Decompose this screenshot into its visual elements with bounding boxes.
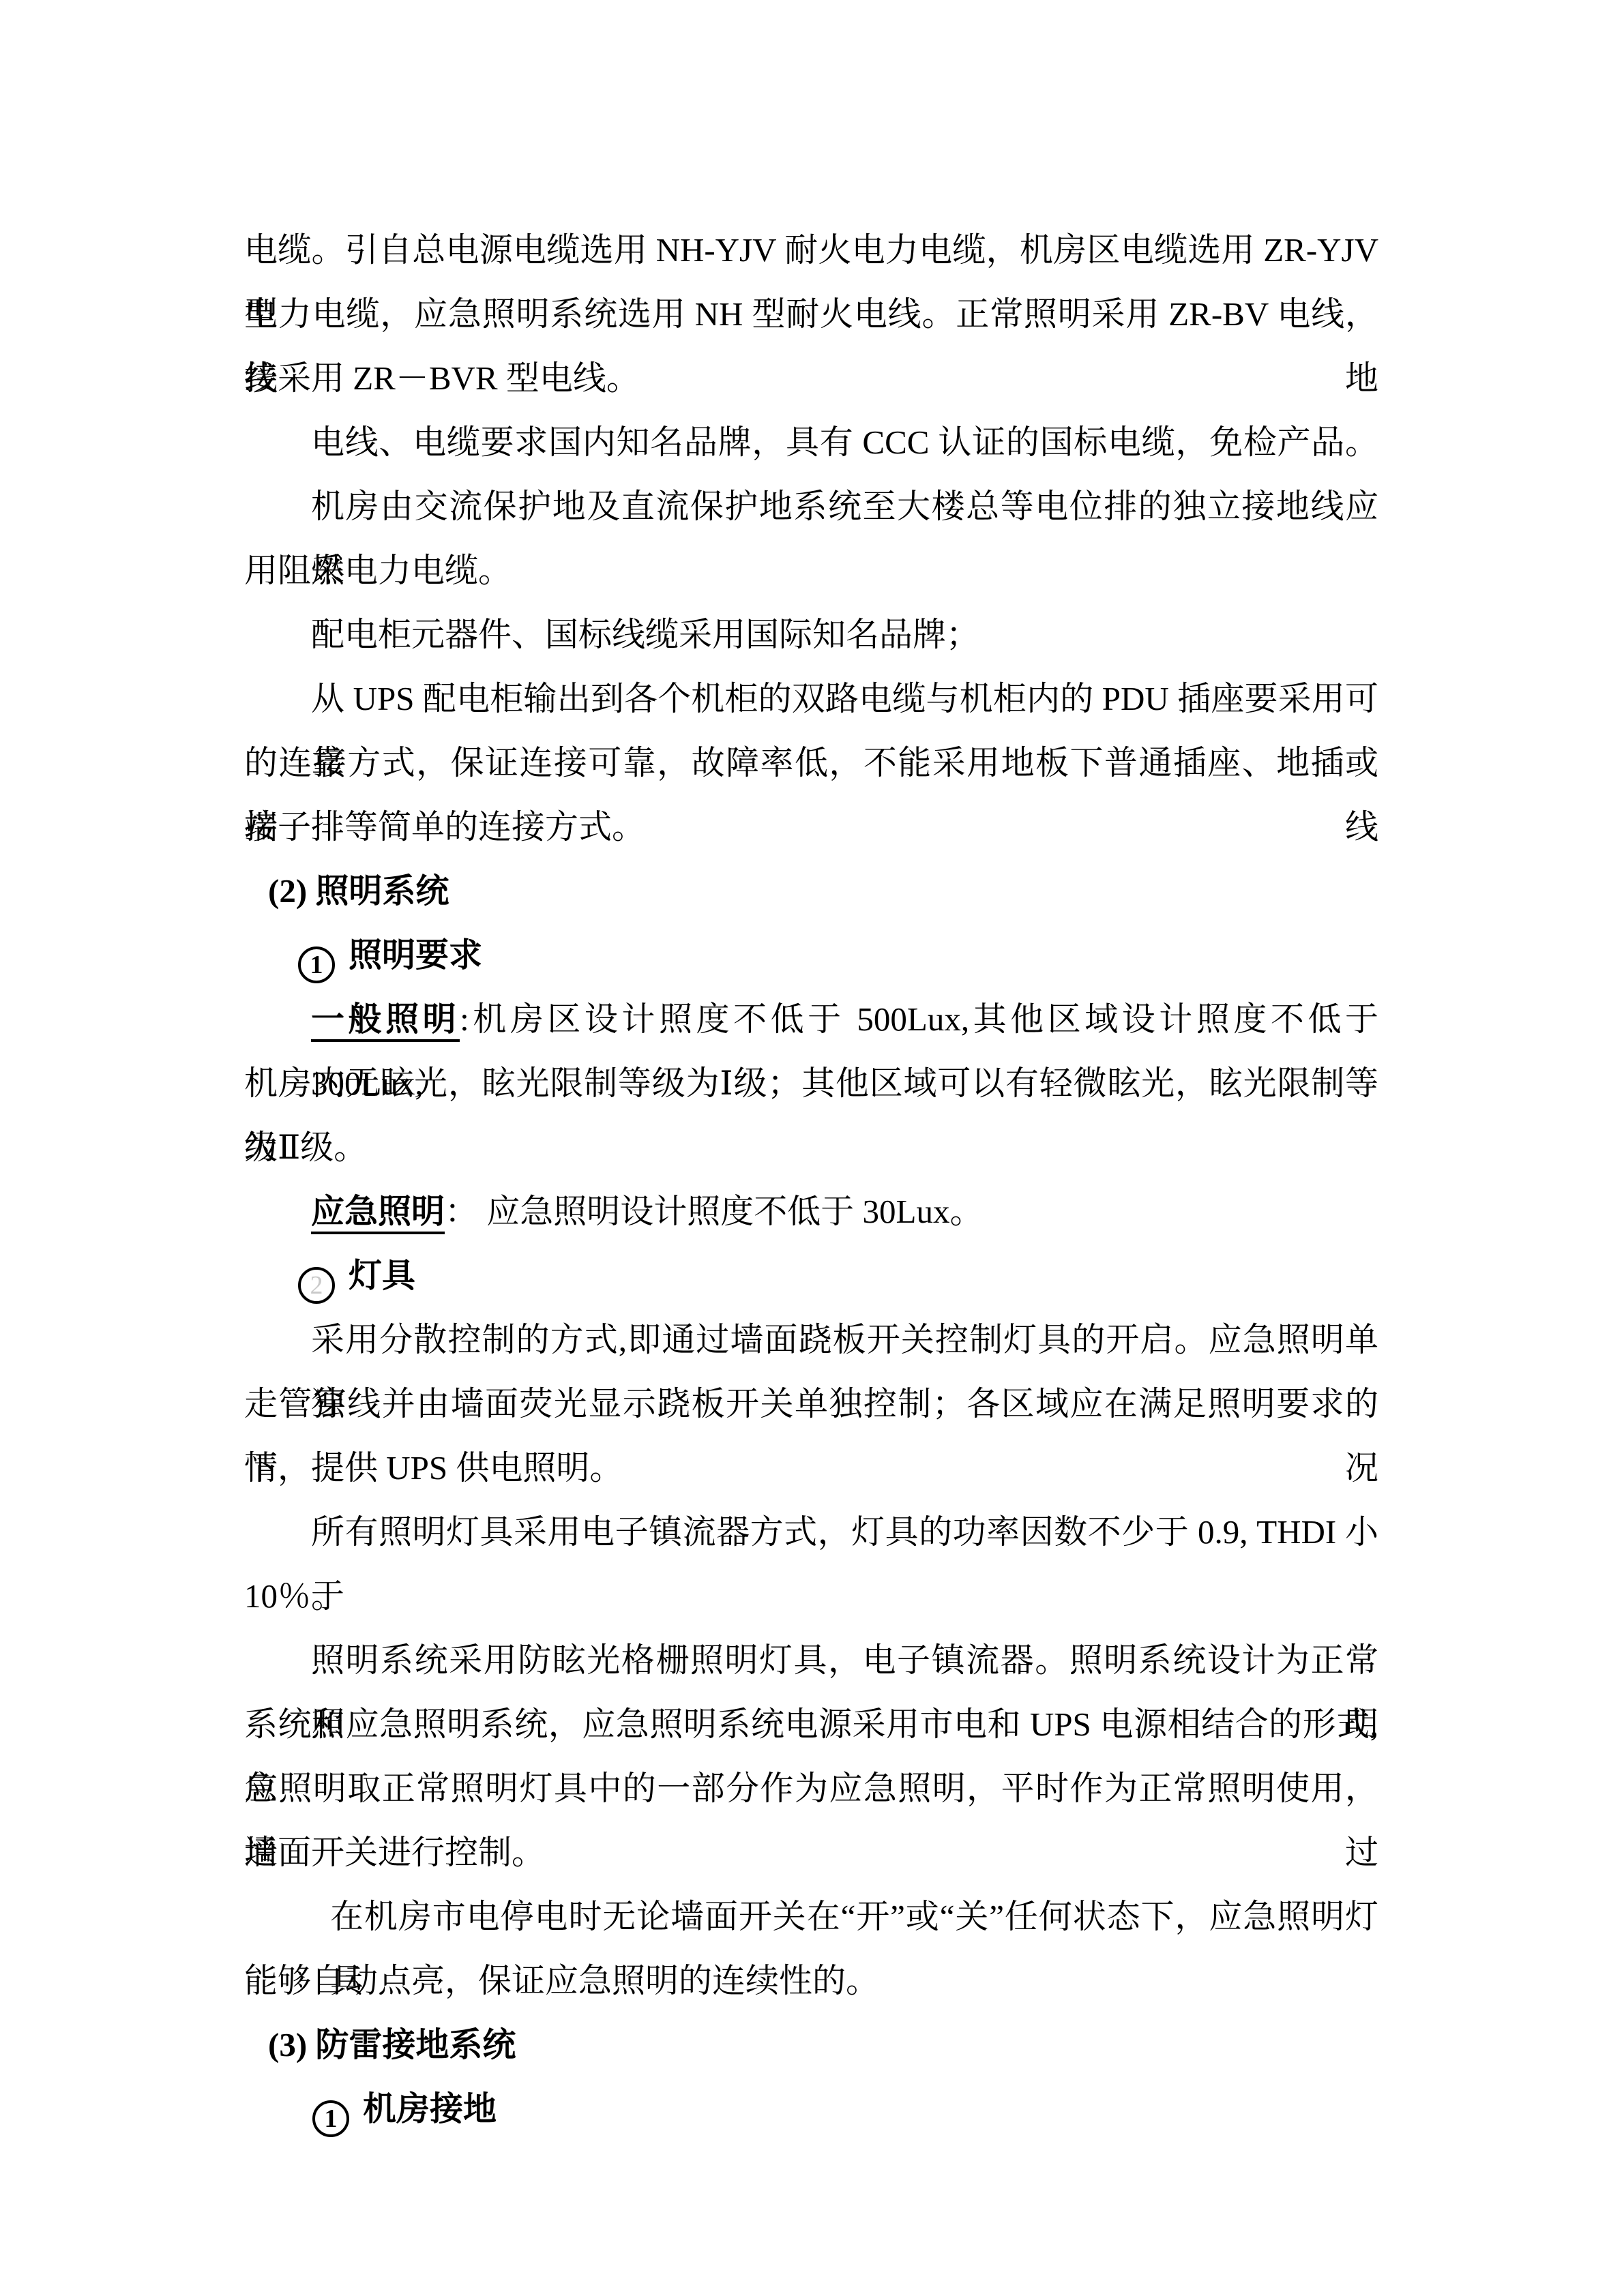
- run-in-body: ： 应急照明设计照度不低于 30Lux。: [445, 1193, 983, 1230]
- text-line: 急照明取正常照明灯具中的一部分作为应急照明，平时作为正常照明使用，通过: [244, 1757, 1378, 1821]
- circled-number-icon: 1: [298, 946, 335, 983]
- text-line: 用阻燃电力电缆。: [244, 539, 1378, 603]
- text-line: 10％。: [244, 1564, 1378, 1628]
- text-line: 照明系统采用防眩光格栅照明灯具，电子镇流器。照明系统设计为正常照明: [244, 1628, 1378, 1693]
- text-line: 走管穿线并由墙面荧光显示跷板开关单独控制；各区域应在满足照明要求的情况: [244, 1372, 1378, 1436]
- text-line: 能够自动点亮，保证应急照明的连续性的。: [244, 1949, 1378, 2013]
- subsection-heading-room-grounding: 1机房接地: [244, 2077, 1378, 2141]
- run-in-term-emergency-lighting: 应急照明: [311, 1193, 445, 1234]
- subsection-heading-lighting-requirements: 1照明要求: [244, 923, 1378, 987]
- subsection-label: 机房接地: [363, 2090, 497, 2128]
- document-page: 电缆。引自总电源电缆选用 NH-YJV 耐火电力电缆，机房区电缆选用 ZR-YJ…: [0, 0, 1624, 2296]
- text-block: 电缆。引自总电源电缆选用 NH-YJV 耐火电力电缆，机房区电缆选用 ZR-YJ…: [244, 218, 1378, 2141]
- text-line: 电力电缆，应急照明系统选用 NH 型耐火电线。正常照明采用 ZR-BV 电线，接…: [244, 282, 1378, 346]
- circled-digit: 1: [325, 2104, 338, 2133]
- section-heading-lighting-system: (2) 照明系统: [244, 859, 1378, 923]
- subsection-heading-luminaires: 2灯具: [244, 1244, 1378, 1308]
- text-line: 为Ⅱ级。: [244, 1116, 1378, 1180]
- section-heading-lightning-grounding-system: (3) 防雷接地系统: [244, 2013, 1378, 2077]
- text-line: 一般照明:机房区设计照度不低于 500Lux,其他区域设计照度不低于 300Lu…: [244, 987, 1378, 1052]
- subsection-label: 照明要求: [349, 936, 482, 974]
- circled-digit: 1: [310, 951, 323, 979]
- text-line: 机房由交流保护地及直流保护地系统至大楼总等电位排的独立接地线应采: [244, 475, 1378, 539]
- text-line: 机房内无眩光，眩光限制等级为Ⅰ级；其他区域可以有轻微眩光，眩光限制等级: [244, 1052, 1378, 1116]
- circled-digit: 2: [310, 1271, 323, 1300]
- text-line: 配电柜元器件、国标线缆采用国际知名品牌；: [244, 603, 1378, 667]
- run-in-term-general-lighting: 一般照明: [311, 1000, 460, 1042]
- text-line: 采用分散控制的方式,即通过墙面跷板开关控制灯具的开启。应急照明单独: [244, 1308, 1378, 1372]
- text-line: 的连接方式，保证连接可靠，故障率低，不能采用地板下普通插座、地插或接线: [244, 731, 1378, 795]
- text-line: 从 UPS 配电柜输出到各个机柜的双路电缆与机柜内的 PDU 插座要采用可靠: [244, 667, 1378, 731]
- text-line: 系统和应急照明系统，应急照明系统电源采用市电和 UPS 电源相结合的形式,应: [244, 1693, 1378, 1757]
- text-line: 电线、电缆要求国内知名品牌，具有 CCC 认证的国标电缆，免检产品。: [244, 411, 1378, 475]
- circled-number-icon: 1: [312, 2100, 349, 2137]
- subsection-label: 灯具: [349, 1257, 415, 1294]
- text-line: 所有照明灯具采用电子镇流器方式，灯具的功率因数不少于 0.9, THDI 小于: [244, 1500, 1378, 1564]
- text-line: 应急照明： 应急照明设计照度不低于 30Lux。: [244, 1180, 1378, 1244]
- text-line: 在机房市电停电时无论墙面开关在“开”或“关”任何状态下，应急照明灯具: [244, 1885, 1378, 1949]
- text-line: 电缆。引自总电源电缆选用 NH-YJV 耐火电力电缆，机房区电缆选用 ZR-YJ…: [244, 218, 1378, 282]
- circled-number-icon: 2: [298, 1267, 335, 1304]
